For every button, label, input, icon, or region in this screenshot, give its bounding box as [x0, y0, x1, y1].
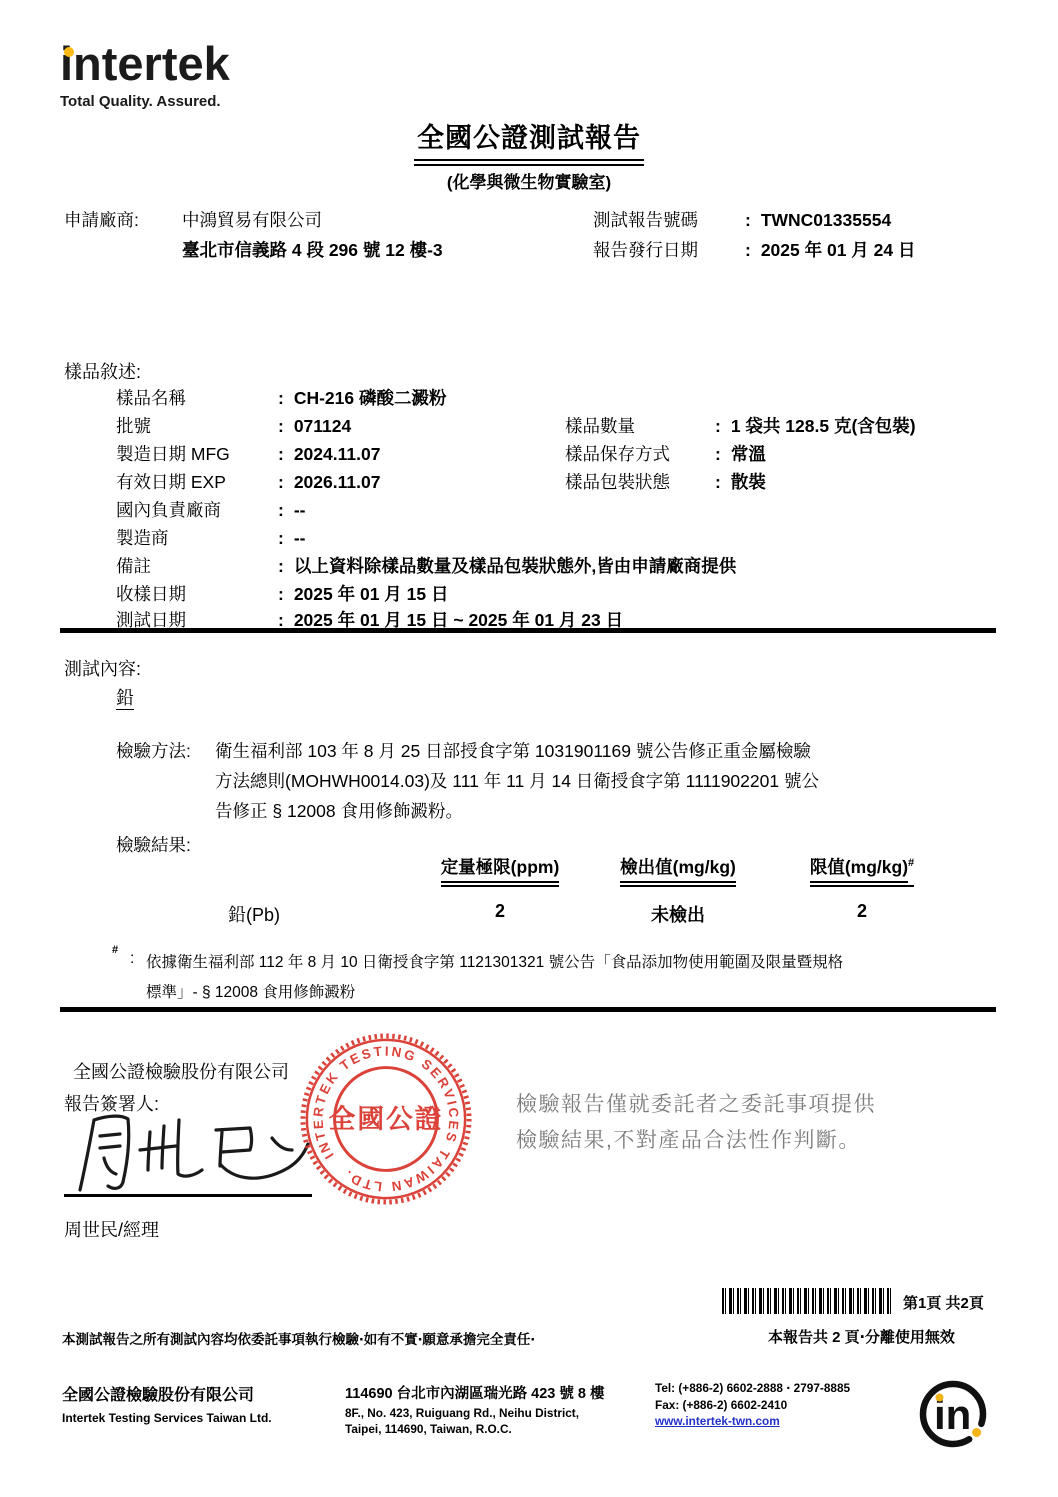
domestic-value: --	[294, 500, 306, 521]
circle-logo-i-dot-icon	[936, 1394, 944, 1402]
intertek-logo: intertek Total Quality. Assured.	[60, 40, 230, 110]
method-line-2: 方法總則(MOHWH0014.03)及 111 年 11 月 14 日衛授食字第…	[215, 768, 819, 793]
method-label: 檢驗方法:	[116, 738, 191, 763]
manufacturer-value: --	[294, 528, 306, 549]
footnote-line-1: 依據衛生福利部 112 年 8 月 10 日衛授食字第 1121301321 號…	[146, 950, 843, 972]
sample-name-colon: :	[278, 388, 294, 409]
batch-colon: :	[278, 416, 294, 437]
report-no-label: 測試報告號碼	[593, 210, 745, 231]
storage-label: 樣品保存方式	[565, 444, 715, 465]
bottom-note-right: 本報告共 2 頁‧分離使用無效	[768, 1326, 955, 1347]
test-content-title: 測試內容:	[64, 655, 141, 681]
table-row-result: 未檢出	[598, 901, 758, 927]
sample-section-title: 樣品敘述:	[64, 358, 141, 384]
table-header-loq: 定量極限(ppm)	[420, 854, 580, 887]
table-row-limit: 2	[782, 901, 942, 922]
header-result-text: 檢出值(mg/kg)	[620, 854, 736, 883]
company-stamp: INTERTEK TESTING SERVICES TAIWAN LTD. 全國…	[297, 1030, 475, 1208]
batch-value: 071124	[294, 416, 351, 437]
issue-date-colon: :	[745, 240, 761, 261]
report-no-row: 測試報告號碼 : TWNC01335554	[593, 210, 891, 231]
sample-row-manufacturer: 製造商 : --	[116, 528, 305, 549]
received-label: 收樣日期	[116, 584, 278, 605]
signer-name-title: 周世民/經理	[64, 1216, 159, 1242]
header-limit-sup: #	[908, 857, 914, 869]
table-row-loq: 2	[420, 901, 580, 922]
issue-date-row: 報告發行日期 : 2025 年 01 月 24 日	[593, 240, 916, 261]
logo-text: intertek	[60, 37, 230, 90]
section-divider-top	[60, 628, 996, 633]
logo-yellow-dot-icon	[64, 47, 74, 57]
applicant-name: 中鴻貿易有限公司	[182, 210, 322, 231]
sample-row-packing: 樣品包裝狀態 : 散裝	[565, 472, 766, 493]
footer-address-zh: 114690 台北市內湖區瑞光路 423 號 8 樓	[345, 1382, 604, 1403]
barcode	[722, 1288, 892, 1314]
table-header-limit: 限值(mg/kg)#	[782, 854, 942, 887]
quantity-label: 樣品數量	[565, 416, 715, 437]
sample-row-batch: 批號 : 071124	[116, 416, 351, 437]
sample-row-mfg: 製造日期 MFG : 2024.11.07	[116, 444, 380, 465]
footer-company-block: 全國公證檢驗股份有限公司 Intertek Testing Services T…	[62, 1382, 272, 1425]
header-limit-text: 限值(mg/kg)	[810, 854, 908, 883]
mfg-colon: :	[278, 444, 294, 465]
result-label: 檢驗結果:	[116, 832, 191, 857]
page-number-info: 第1頁 共2頁	[903, 1292, 984, 1313]
footer-address-block: 114690 台北市內湖區瑞光路 423 號 8 樓 8F., No. 423,…	[345, 1382, 604, 1438]
report-no-colon: :	[745, 210, 761, 231]
page-subtitle: (化學與微生物實驗室)	[0, 168, 1058, 193]
remark-label: 備註	[116, 556, 278, 577]
mfg-value: 2024.11.07	[294, 444, 381, 465]
bottom-note-left: 本測試報告之所有測試內容均依委託事項執行檢驗‧如有不實‧願意承擔完全責任‧	[62, 1328, 535, 1348]
mfg-label: 製造日期 MFG	[116, 444, 278, 465]
footer-fax: Fax: (+886-2) 6602-2410	[655, 1397, 850, 1414]
footer-address-en-2: Taipei, 114690, Taiwan, R.O.C.	[345, 1422, 604, 1438]
domestic-colon: :	[278, 500, 294, 521]
footer-company-en: Intertek Testing Services Taiwan Ltd.	[62, 1411, 272, 1425]
applicant-address: 臺北市信義路 4 段 296 號 12 樓-3	[182, 240, 443, 261]
issue-date-value: 2025 年 01 月 24 日	[761, 240, 916, 261]
table-row-analyte: 鉛(Pb)	[228, 901, 280, 927]
report-page: intertek Total Quality. Assured. 全國公證測試報…	[0, 0, 1058, 1497]
sample-row-received: 收樣日期 : 2025 年 01 月 15 日	[116, 584, 449, 605]
packing-value: 散裝	[731, 472, 766, 493]
remark-colon: :	[278, 556, 294, 577]
footnote-marker: #	[112, 944, 118, 956]
storage-colon: :	[715, 444, 731, 465]
sample-row-exp: 有效日期 EXP : 2026.11.07	[116, 472, 380, 493]
exp-label: 有效日期 EXP	[116, 472, 278, 493]
exp-value: 2026.11.07	[294, 472, 381, 493]
footer-company-zh: 全國公證檢驗股份有限公司	[62, 1382, 272, 1405]
sample-row-storage: 樣品保存方式 : 常溫	[565, 444, 766, 465]
footnote-colon: :	[130, 950, 134, 968]
signing-company: 全國公證檢驗股份有限公司	[73, 1058, 289, 1084]
sample-row-domestic: 國內負責廠商 : --	[116, 500, 305, 521]
section-divider-bottom	[60, 1007, 996, 1012]
received-colon: :	[278, 584, 294, 605]
manufacturer-colon: :	[278, 528, 294, 549]
title-block: 全國公證測試報告	[0, 116, 1058, 166]
applicant-address-row: 臺北市信義路 4 段 296 號 12 樓-3	[182, 240, 443, 261]
storage-value: 常溫	[731, 444, 766, 465]
manufacturer-label: 製造商	[116, 528, 278, 549]
header-loq-text: 定量極限(ppm)	[441, 854, 560, 883]
footer-address-en-1: 8F., No. 423, Ruiguang Rd., Neihu Distri…	[345, 1406, 604, 1422]
issue-date-label: 報告發行日期	[593, 240, 745, 261]
applicant-row: 申請廠商: 中鴻貿易有限公司	[64, 210, 322, 231]
intertek-wordmark: intertek	[60, 40, 230, 87]
domestic-label: 國內負責廠商	[116, 500, 278, 521]
footnote-line-2: 標準」- § 12008 食用修飾澱粉	[146, 980, 355, 1002]
batch-label: 批號	[116, 416, 278, 437]
footer-tel: Tel: (+886-2) 6602-2888 ‧ 2797-8885	[655, 1380, 850, 1397]
intertek-circle-logo: in	[908, 1370, 998, 1460]
received-value: 2025 年 01 月 15 日	[294, 584, 449, 605]
applicant-label: 申請廠商:	[64, 210, 182, 231]
logo-tagline: Total Quality. Assured.	[60, 93, 230, 110]
footer-contact-block: Tel: (+886-2) 6602-2888 ‧ 2797-8885 Fax:…	[655, 1380, 850, 1430]
quantity-value: 1 袋共 128.5 克(含包裝)	[731, 416, 916, 437]
sample-name-label: 樣品名稱	[116, 388, 278, 409]
table-header-result: 檢出值(mg/kg)	[598, 854, 758, 887]
method-line-1: 衛生福利部 103 年 8 月 25 日部授食字第 1031901169 號公告…	[215, 738, 811, 763]
method-line-3: 告修正 § 12008 食用修飾澱粉。	[215, 798, 463, 823]
sample-row-remark: 備註 : 以上資料除樣品數量及樣品包裝狀態外,皆由申請廠商提供	[116, 556, 736, 577]
report-no-value: TWNC01335554	[761, 210, 891, 231]
sample-row-name: 樣品名稱 : CH-216 磷酸二澱粉	[116, 388, 447, 409]
disclaimer-line-1: 檢驗報告僅就委託者之委託事項提供	[516, 1088, 876, 1118]
exp-colon: :	[278, 472, 294, 493]
packing-label: 樣品包裝狀態	[565, 472, 715, 493]
signature-image	[64, 1102, 324, 1197]
circle-logo-yellow-dot-icon	[972, 1428, 981, 1437]
stamp-center-text: 全國公證	[329, 1104, 444, 1134]
test-analyte: 鉛	[116, 684, 134, 710]
quantity-colon: :	[715, 416, 731, 437]
sample-name-value: CH-216 磷酸二澱粉	[294, 388, 447, 409]
page-title: 全國公證測試報告	[414, 116, 644, 166]
remark-value: 以上資料除樣品數量及樣品包裝狀態外,皆由申請廠商提供	[294, 556, 736, 577]
disclaimer-line-2: 檢驗結果,不對產品合法性作判斷。	[516, 1124, 861, 1154]
packing-colon: :	[715, 472, 731, 493]
signature-line	[64, 1194, 312, 1197]
sample-row-quantity: 樣品數量 : 1 袋共 128.5 克(含包裝)	[565, 416, 916, 437]
footer-website-link[interactable]: www.intertek-twn.com	[655, 1413, 850, 1430]
